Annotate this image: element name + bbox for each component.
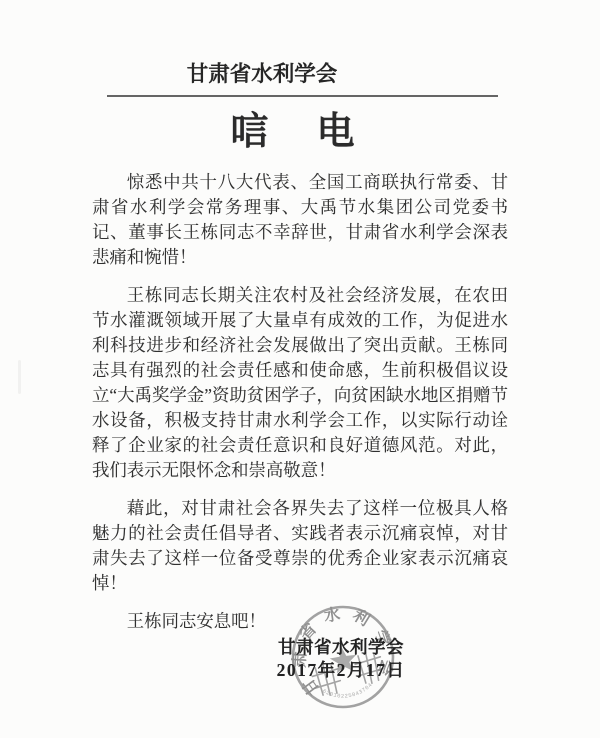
signature-block: 甘肃省水利学会 2017年2月17日 <box>231 636 451 682</box>
scanned-condolence-letter: 甘肃省水利学会 唁 电 惊悉中共十八大代表、全国工商联执行常委、甘肃省水利学会常… <box>0 0 600 738</box>
paragraph-1: 惊悉中共十八大代表、全国工商联执行常委、甘肃省水利学会常务理事、大禹节水集团公司… <box>92 170 508 270</box>
signature-organization: 甘肃省水利学会 <box>231 636 451 659</box>
document-title: 唁 电 <box>95 109 495 155</box>
organization-header: 甘肃省水利学会 <box>112 60 412 88</box>
letter-body: 惊悉中共十八大代表、全国工商联执行常委、甘肃省水利学会常务理事、大禹节水集团公司… <box>92 170 508 634</box>
header-divider-line <box>107 95 498 97</box>
signature-date: 2017年2月17日 <box>231 659 451 682</box>
paragraph-3: 藉此，对甘肃社会各界失去了这样一位极具人格魅力的社会责任倡导者、实践者表示沉痛哀… <box>92 496 508 596</box>
paragraph-2: 王栋同志长期关注农村及社会经济发展，在农田节水灌溉领域开展了大量卓有成效的工作，… <box>92 283 508 483</box>
scan-smudge-artifact <box>18 360 21 394</box>
